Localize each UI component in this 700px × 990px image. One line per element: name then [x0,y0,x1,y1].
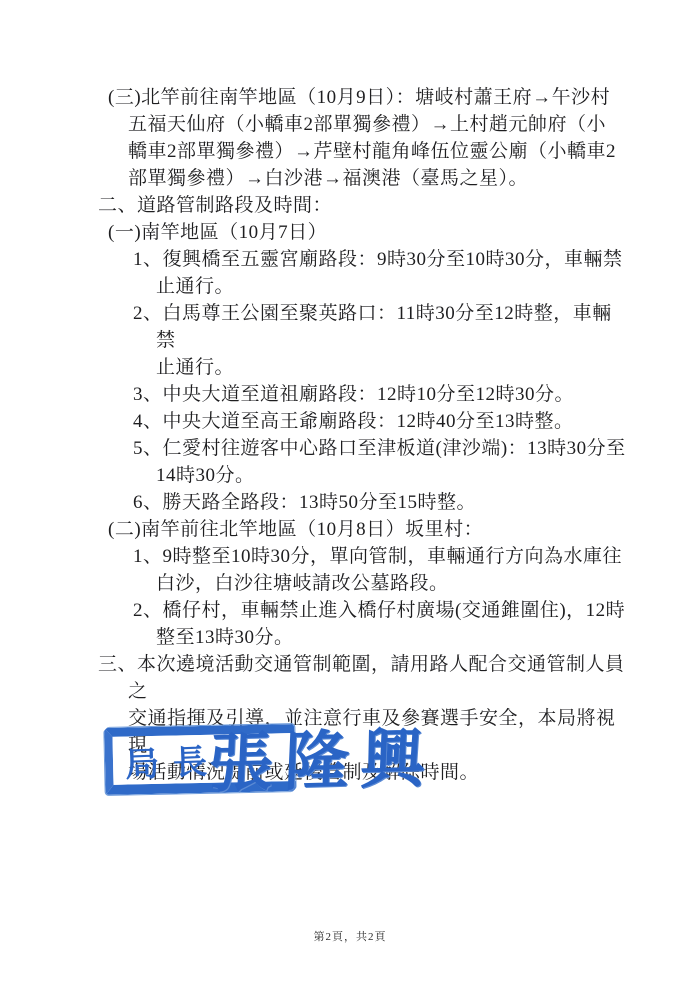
control-item-6: 6、勝天路全路段：13時50分至15時整。 [133,489,628,516]
stamp-signature-name: 張隆興 [207,707,439,805]
route-item-3: (三)北竿前往南竿地區（10月9日）：塘岐村蕭王府→午沙村 五福天仙府（小轎車2… [108,84,628,192]
section-2-sub-2-heading: (二)南竿前往北竿地區（10月8日）坂里村： [108,516,628,543]
section-2-heading: 二、道路管制路段及時間： [98,192,628,219]
banli-item-2: 2、橋仔村，車輛禁止進入橋仔村廣場(交通錐圍住)，12時 整至13時30分。 [133,597,628,651]
control-item-1: 1、復興橋至五靈宮廟路段：9時30分至10時30分，車輛禁 止通行。 [133,246,628,300]
control-item-3: 3、中央大道至道祖廟路段：12時10分至12時30分。 [133,381,628,408]
control-item-4: 4、中央大道至高王爺廟路段：12時40分至13時整。 [133,408,628,435]
control-item-2: 2、白馬尊王公園至聚英路口：11時30分至12時整，車輛禁 止通行。 [133,300,628,381]
section-2-sub-1-heading: (一)南竿地區（10月7日） [108,219,628,246]
page-number-footer: 第2頁，共2頁 [0,928,700,944]
document-page: (三)北竿前往南竿地區（10月9日）：塘岐村蕭王府→午沙村 五福天仙府（小轎車2… [0,0,700,990]
banli-item-1: 1、9時整至10時30分，單向管制，車輛通行方向為水庫往 白沙，白沙往塘岐請改公… [133,543,628,597]
control-item-5: 5、仁愛村往遊客中心路口至津板道(津沙端)：13時30分至 14時30分。 [133,435,628,489]
document-body: (三)北竿前往南竿地區（10月9日）：塘岐村蕭王府→午沙村 五福天仙府（小轎車2… [98,84,628,786]
director-stamp: 局長 張隆興 [103,712,443,812]
